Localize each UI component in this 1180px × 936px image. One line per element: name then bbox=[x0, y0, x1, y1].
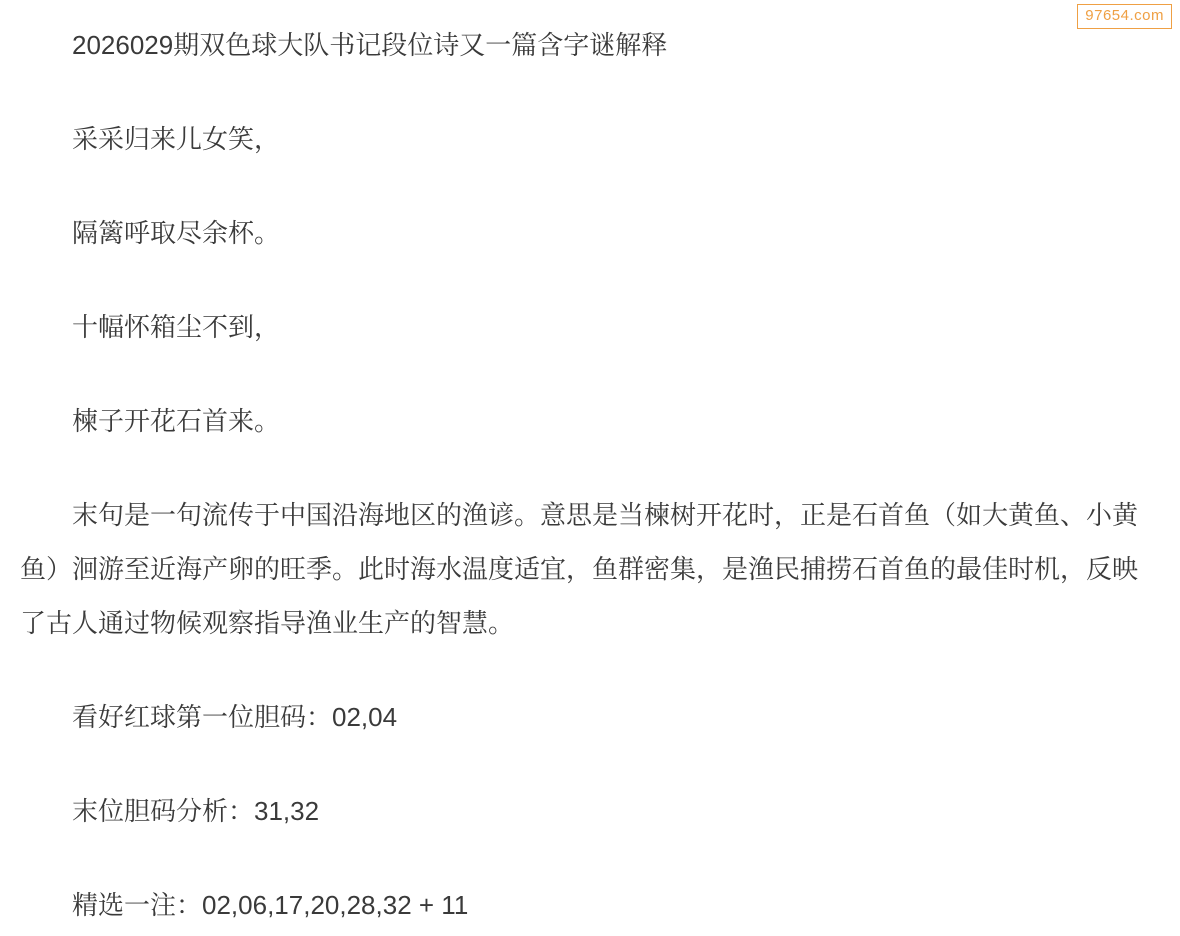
poem-line-4: 楝子开花石首来。 bbox=[20, 394, 1160, 448]
article-body: 2026029期双色球大队书记段位诗又一篇含字谜解释 采采归来儿女笑， 隔篱呼取… bbox=[0, 0, 1180, 932]
article-title: 2026029期双色球大队书记段位诗又一篇含字谜解释 bbox=[20, 18, 1160, 72]
poem-line-1: 采采归来儿女笑， bbox=[20, 112, 1160, 166]
explanation-paragraph: 末句是一句流传于中国沿海地区的渔谚。意思是当楝树开花时，正是石首鱼（如大黄鱼、小… bbox=[20, 488, 1160, 650]
prediction-tail-label: 末位胆码分析： bbox=[72, 796, 254, 826]
prediction-red-first-value: 02,04 bbox=[332, 702, 397, 732]
prediction-selected-label: 精选一注： bbox=[72, 890, 202, 920]
poem-line-2: 隔篱呼取尽余杯。 bbox=[20, 206, 1160, 260]
prediction-tail-line: 末位胆码分析：31,32 bbox=[20, 784, 1160, 838]
prediction-red-first-label: 看好红球第一位胆码： bbox=[72, 702, 332, 732]
prediction-red-first-line: 看好红球第一位胆码：02,04 bbox=[20, 690, 1160, 744]
prediction-selected-line: 精选一注：02,06,17,20,28,32 + 11 bbox=[20, 878, 1160, 932]
prediction-tail-value: 31,32 bbox=[254, 796, 319, 826]
prediction-selected-value: 02,06,17,20,28,32 + 11 bbox=[202, 890, 468, 920]
site-watermark: 97654.com bbox=[1077, 4, 1172, 29]
article-page: { "watermark": { "text": "97654.com", "c… bbox=[0, 0, 1180, 936]
poem-line-3: 十幅怀箱尘不到， bbox=[20, 300, 1160, 354]
